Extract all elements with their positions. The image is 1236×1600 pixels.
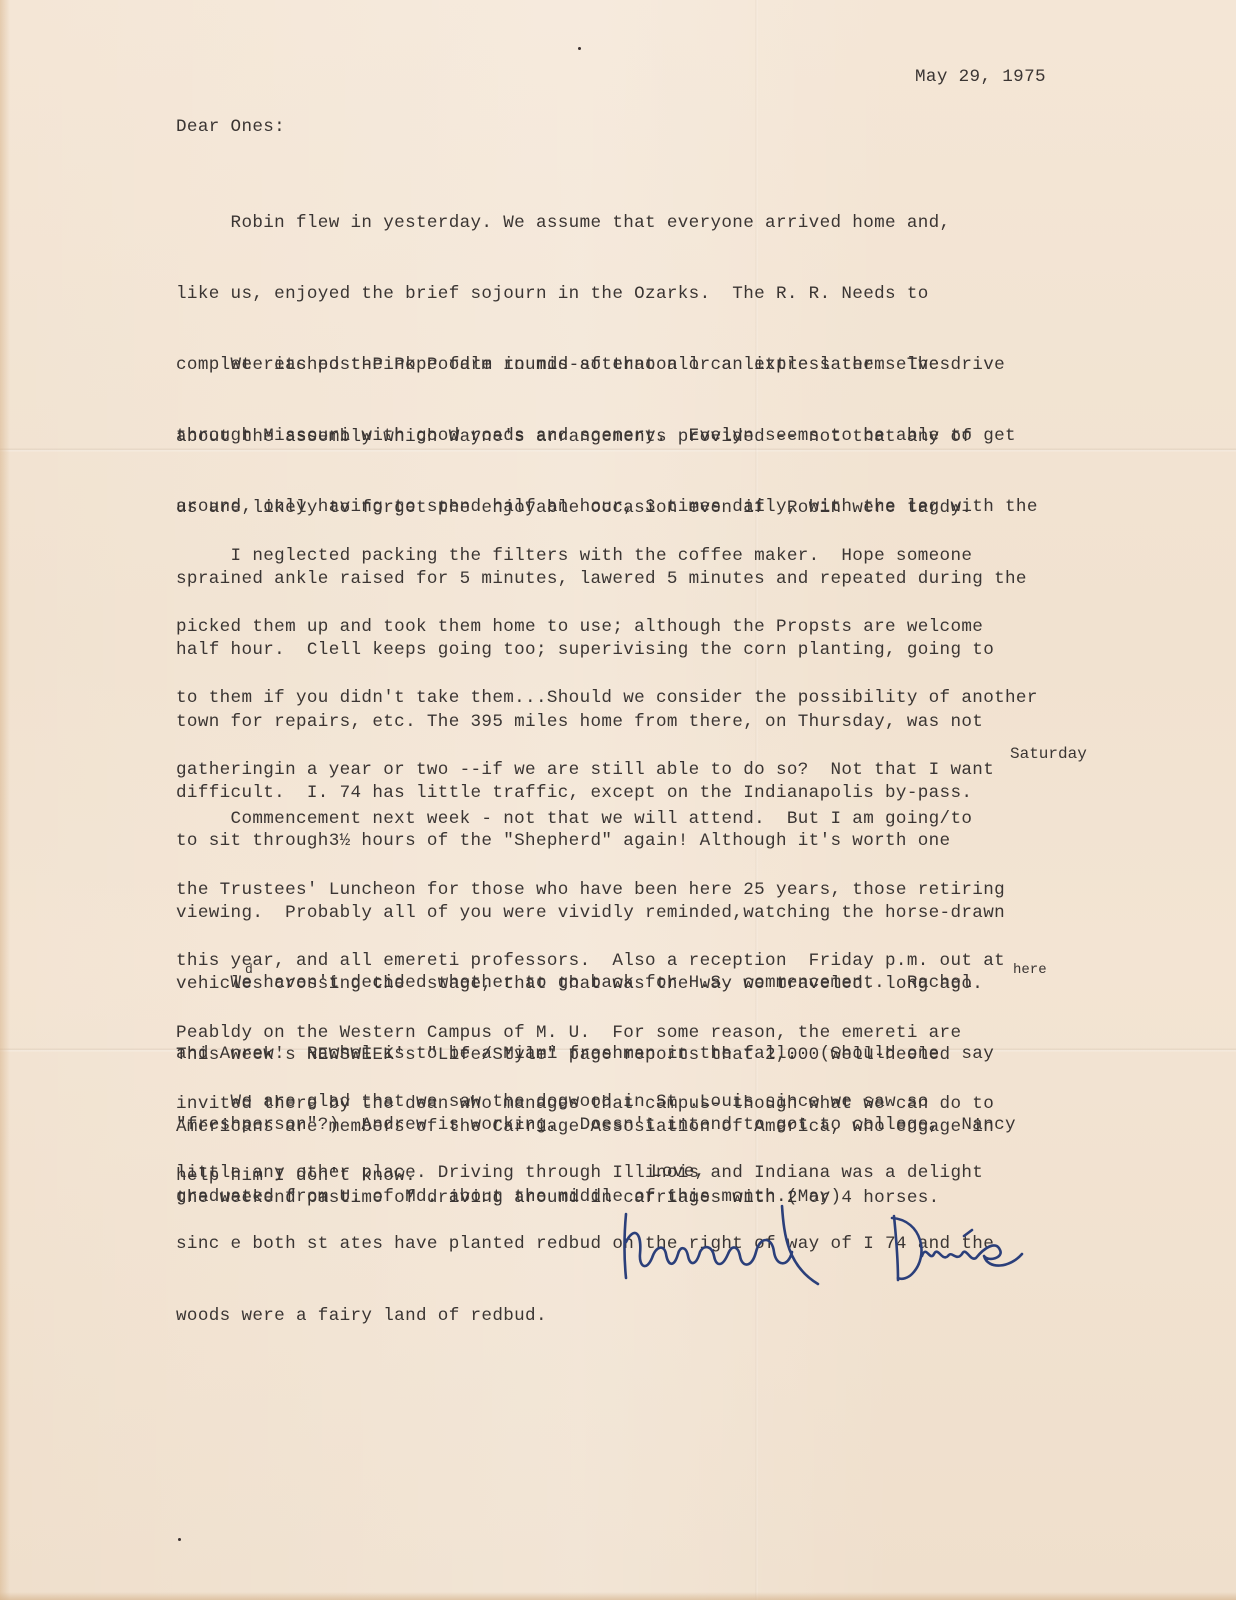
text-line: the Trustees' Luncheon for those who hav… — [176, 879, 1005, 903]
text-line: through Missouri with good roads and sce… — [176, 425, 1038, 449]
paper-edge-stain — [0, 1592, 1236, 1600]
text-line: We are glad that we saw the dogwood in S… — [176, 1091, 994, 1115]
text-line: We reached the Pope farm in mid-afternoo… — [176, 354, 1038, 378]
paper-speck — [178, 1538, 181, 1541]
paper-speck — [578, 47, 581, 50]
text-line: Robin flew in yesterday. We assume that … — [176, 212, 972, 236]
text-line: to them if you didn't take them...Should… — [176, 687, 1038, 711]
salutation: Dear Ones: — [176, 116, 285, 140]
text-line: like us, enjoyed the brief sojourn in th… — [176, 283, 972, 307]
text-line: picked them up and took them home to use… — [176, 616, 1038, 640]
text-line: woods were a fairy land of redbud. — [176, 1305, 994, 1329]
signature-howard-stroke — [625, 1214, 627, 1278]
closing: Love, — [651, 1161, 706, 1185]
text-line: Commencement next week - not that we wil… — [176, 808, 1005, 832]
text-line: little any other place. Driving through … — [176, 1162, 994, 1186]
handwritten-signatures — [612, 1196, 1032, 1286]
paper-edge-stain — [0, 0, 10, 1600]
letter-date: May 29, 1975 — [915, 66, 1046, 90]
text-line: We haven't decided whether to go back fo… — [176, 972, 1016, 996]
text-line: I neglected packing the filters with the… — [176, 545, 1038, 569]
typed-insertion-here: here — [1013, 962, 1047, 978]
handwritten-insertion-saturday: Saturday — [1010, 745, 1087, 763]
